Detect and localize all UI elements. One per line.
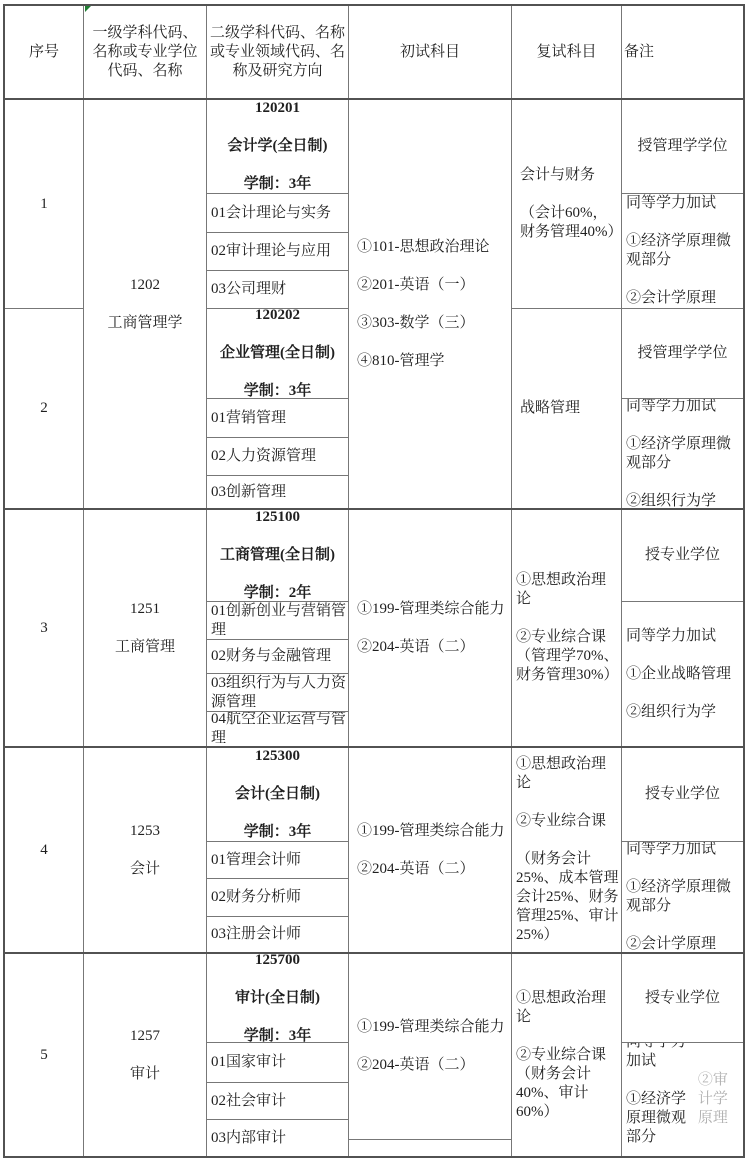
direction-cell-125700-03: 03内部审计 bbox=[207, 1120, 348, 1156]
direction-cell-120201-03: 03公司理财 bbox=[207, 271, 348, 309]
admissions-catalog-table: 序号 一级学科代码、 名称或专业学位 代码、名称 二级学科代码、名称 或专业领域… bbox=[3, 4, 745, 1158]
col-header-initial-exam: 初试科目 bbox=[349, 6, 512, 98]
seq-column-5: 5 bbox=[5, 954, 84, 1156]
seq-column-3: 3 bbox=[5, 510, 84, 746]
direction-cell-120202-03: 03创新管理 bbox=[207, 476, 348, 508]
direction-cell-125100-04: 04航空企业运营与管理 bbox=[207, 712, 348, 746]
seq-cell-5: 5 bbox=[5, 954, 83, 1156]
remark-degree-cell-1: 授管理学学位 bbox=[622, 100, 743, 194]
col-header-primary-discipline: 一级学科代码、 名称或专业学位 代码、名称 bbox=[84, 6, 207, 98]
remark-extra-test-cell-5: 同等学力加试 ①经济学原理微观部分 ②审计学原理 bbox=[622, 1043, 743, 1156]
seq-cell-3: 3 bbox=[5, 510, 83, 746]
initial-exam-cell-4: ①199-管理类综合能力 ②204-英语（二） bbox=[349, 748, 511, 952]
initial-exam-column-3: ①199-管理类综合能力 ②204-英语（二） bbox=[349, 510, 512, 746]
initial-exam-cell-3: ①199-管理类综合能力 ②204-英语（二） bbox=[349, 510, 511, 746]
remarks-column-4: 授专业学位 同等学力加试 ①经济学原理微观部分 ②会计学原理 bbox=[622, 748, 743, 952]
direction-cell-120202-02: 02人力资源管理 bbox=[207, 438, 348, 476]
direction-cell-125100-01: 01创新创业与营销管理 bbox=[207, 602, 348, 640]
program-header-120201: 120201 会计学(全日制) 学制：3年 bbox=[207, 100, 348, 194]
direction-cell-120202-01: 01营销管理 bbox=[207, 399, 348, 438]
excel-corner-marker-icon bbox=[85, 6, 91, 12]
initial-exam-column-1-2: ①101-思想政治理论 ②201-英语（一） ③303-数学（三） ④810-管… bbox=[349, 100, 512, 508]
direction-cell-125700-01: 01国家审计 bbox=[207, 1043, 348, 1083]
remark-degree-cell-2: 授管理学学位 bbox=[622, 309, 743, 399]
row-group-1-2: 1 2 1202 工商管理学 120201 会计学(全日制) 学制：3年 01会… bbox=[5, 100, 743, 510]
remarks-column-1-2: 授管理学学位 同等学力加试 ①经济学原理微观部分 ②会计学原理 授管理学学位 同… bbox=[622, 100, 743, 508]
direction-cell-125300-02: 02财务分析师 bbox=[207, 879, 348, 917]
initial-exam-cell-1-2: ①101-思想政治理论 ②201-英语（一） ③303-数学（三） ④810-管… bbox=[349, 100, 511, 508]
discipline-column-1257: 1257 审计 bbox=[84, 954, 207, 1156]
remark-extra-test-cell-2: 同等学力加试 ①经济学原理微观部分 ②组织行为学 bbox=[622, 399, 743, 508]
program-column-3: 125100 工商管理(全日制) 学制：2年 01创新创业与营销管理 02财务与… bbox=[207, 510, 349, 746]
direction-cell-120201-01: 01会计理论与实务 bbox=[207, 194, 348, 233]
retest-column-3: ①思想政治理论 ②专业综合课 （管理学70%、财务管理30%） bbox=[512, 510, 622, 746]
retest-cell-3: ①思想政治理论 ②专业综合课 （管理学70%、财务管理30%） bbox=[512, 510, 621, 746]
remark-extra-test-cell-4: 同等学力加试 ①经济学原理微观部分 ②会计学原理 bbox=[622, 842, 743, 952]
direction-cell-125100-02: 02财务与金融管理 bbox=[207, 640, 348, 674]
program-column-5: 125700 审计(全日制) 学制：3年 01国家审计 02社会审计 03内部审… bbox=[207, 954, 349, 1156]
discipline-column-1251: 1251 工商管理 bbox=[84, 510, 207, 746]
col-header-retest: 复试科目 bbox=[512, 6, 622, 98]
retest-column-5: ①思想政治理论 ②专业综合课 （财务会计40%、审计60%） bbox=[512, 954, 622, 1156]
program-header-125100: 125100 工商管理(全日制) 学制：2年 bbox=[207, 510, 348, 602]
retest-column-1-2: 会计与财务 （会计60%，财务管理40%） 战略管理 bbox=[512, 100, 622, 508]
seq-column-1-2: 1 2 bbox=[5, 100, 84, 508]
discipline-cell-1257: 1257 审计 bbox=[84, 954, 206, 1156]
col-header-seq: 序号 bbox=[5, 6, 84, 98]
initial-exam-column-4: ①199-管理类综合能力 ②204-英语（二） bbox=[349, 748, 512, 952]
retest-cell-1: 会计与财务 （会计60%，财务管理40%） bbox=[512, 100, 621, 309]
direction-cell-125300-01: 01管理会计师 bbox=[207, 842, 348, 879]
remark-degree-cell-4: 授专业学位 bbox=[622, 748, 743, 842]
retest-cell-4: ①思想政治理论 ②专业综合课 （财务会计25%、成本管理会计25%、财务管理25… bbox=[512, 748, 621, 952]
row-group-3: 3 1251 工商管理 125100 工商管理(全日制) 学制：2年 01创新创… bbox=[5, 510, 743, 748]
discipline-column-1202: 1202 工商管理学 bbox=[84, 100, 207, 508]
header-row: 序号 一级学科代码、 名称或专业学位 代码、名称 二级学科代码、名称 或专业领域… bbox=[5, 6, 743, 100]
program-header-125700: 125700 审计(全日制) 学制：3年 bbox=[207, 954, 348, 1043]
row-group-5: 5 1257 审计 125700 审计(全日制) 学制：3年 01国家审计 02… bbox=[5, 954, 743, 1156]
program-column-1-2: 120201 会计学(全日制) 学制：3年 01会计理论与实务 02审计理论与应… bbox=[207, 100, 349, 508]
program-header-120202: 120202 企业管理(全日制) 学制：3年 bbox=[207, 309, 348, 399]
discipline-cell-1253: 1253 会计 bbox=[84, 748, 206, 952]
col-header-remarks: 备注 bbox=[622, 6, 656, 98]
remark-extra-test-cell-3: 同等学力加试 ①企业战略管理 ②组织行为学 bbox=[622, 602, 743, 746]
direction-cell-125100-03: 03组织行为与人力资源管理 bbox=[207, 674, 348, 712]
direction-cell-125300-03: 03注册会计师 bbox=[207, 917, 348, 952]
initial-exam-column-5: ①199-管理类综合能力 ②204-英语（二） bbox=[349, 954, 512, 1156]
retest-cell-2: 战略管理 bbox=[512, 309, 621, 508]
remark-extra-test-text-5: 同等学力加试 ①经济学原理微观部分 bbox=[626, 1043, 698, 1156]
seq-cell-1: 1 bbox=[5, 100, 83, 309]
remarks-column-3: 授专业学位 同等学力加试 ①企业战略管理 ②组织行为学 bbox=[622, 510, 743, 746]
discipline-cell-1202: 1202 工商管理学 bbox=[84, 100, 206, 508]
col-header-secondary-discipline: 二级学科代码、名称 或专业领域代码、名 称及研究方向 bbox=[207, 6, 349, 98]
col-header-primary-discipline-label: 一级学科代码、 名称或专业学位 代码、名称 bbox=[92, 24, 197, 81]
remark-extra-test-cell-1: 同等学力加试 ①经济学原理微观部分 ②会计学原理 bbox=[622, 194, 743, 309]
seq-cell-2: 2 bbox=[5, 309, 83, 508]
seq-cell-4: 4 bbox=[5, 748, 83, 952]
retest-column-4: ①思想政治理论 ②专业综合课 （财务会计25%、成本管理会计25%、财务管理25… bbox=[512, 748, 622, 952]
row-group-4: 4 1253 会计 125300 会计(全日制) 学制：3年 01管理会计师 0… bbox=[5, 748, 743, 954]
program-header-125300: 125300 会计(全日制) 学制：3年 bbox=[207, 748, 348, 842]
direction-cell-125700-02: 02社会审计 bbox=[207, 1083, 348, 1120]
program-column-4: 125300 会计(全日制) 学制：3年 01管理会计师 02财务分析师 03注… bbox=[207, 748, 349, 952]
retest-cell-5: ①思想政治理论 ②专业综合课 （财务会计40%、审计60%） bbox=[512, 954, 621, 1156]
direction-cell-120201-02: 02审计理论与应用 bbox=[207, 233, 348, 271]
remark-degree-cell-5: 授专业学位 bbox=[622, 954, 743, 1043]
remark-degree-cell-3: 授专业学位 bbox=[622, 510, 743, 602]
remarks-column-5: 授专业学位 同等学力加试 ①经济学原理微观部分 ②审计学原理 bbox=[622, 954, 743, 1156]
seq-column-4: 4 bbox=[5, 748, 84, 952]
initial-exam-cell-5: ①199-管理类综合能力 ②204-英语（二） bbox=[349, 954, 511, 1139]
discipline-cell-1251: 1251 工商管理 bbox=[84, 510, 206, 746]
discipline-column-1253: 1253 会计 bbox=[84, 748, 207, 952]
empty-sliver-cell bbox=[349, 1139, 511, 1156]
remark-watermarked-text-5: ②审计学原理 bbox=[698, 1071, 741, 1128]
